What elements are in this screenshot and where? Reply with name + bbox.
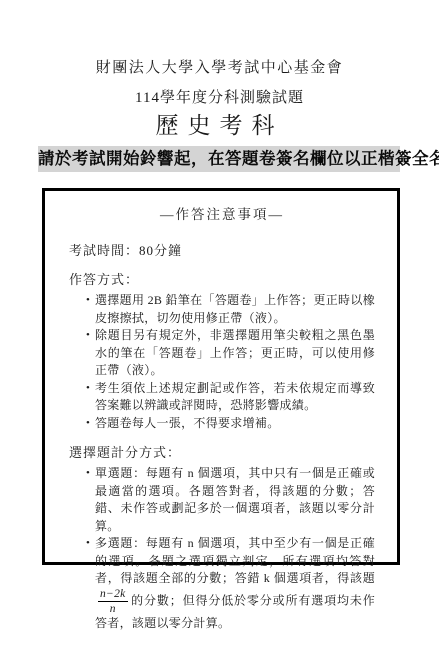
exam-name: 114學年度分科測驗試題 bbox=[0, 86, 439, 107]
rule-item-single-choice: 單選題：每題有 n 個選項，其中只有一個是正確或最適當的選項。各題答對者，得該題… bbox=[86, 465, 375, 535]
rule-item-one-sheet: 答題卷每人一張，不得要求增補。 bbox=[86, 415, 375, 433]
fraction-numerator: n−2k bbox=[98, 588, 128, 602]
scoring-rules: 單選題：每題有 n 個選項，其中只有一個是正確或最適當的選項。各題答對者，得該題… bbox=[69, 465, 375, 632]
answer-method-rules: 選擇題用 2B 鉛筆在「答題卷」上作答；更正時以橡皮擦擦拭，切勿使用修正帶（液）… bbox=[69, 292, 375, 432]
organization-title: 財團法人大學入學考試中心基金會 bbox=[0, 56, 439, 77]
notice-box: —作答注意事項— 考試時間：80分鐘 作答方式： 選擇題用 2B 鉛筆在「答題卷… bbox=[42, 188, 400, 565]
rule-item-multi-choice: 多選題：每題有 n 個選項，其中至少有一個是正確的選項。各題之選項獨立判定，所有… bbox=[86, 535, 375, 632]
exam-time: 考試時間：80分鐘 bbox=[69, 240, 375, 259]
rule-item-ink-pen: 除題目另有規定外，非選擇題用筆尖較粗之黑色墨水的筆在「答題卷」上作答；更正時，可… bbox=[86, 327, 375, 380]
answer-method-label: 作答方式： bbox=[69, 269, 375, 288]
scoring-label: 選擇題計分方式： bbox=[69, 442, 375, 461]
signature-instruction-banner: 請於考試開始鈴響起，在答題卷簽名欄位以正楷簽全名 bbox=[38, 146, 400, 172]
exam-cover-page: 財團法人大學入學考試中心基金會 114學年度分科測驗試題 歷史考科 請於考試開始… bbox=[0, 0, 439, 671]
subject-title: 歷史考科 bbox=[0, 107, 439, 140]
rule-item-compliance: 考生須依上述規定劃記或作答，若未依規定而導致答案難以辨識或評閱時，恐將影響成績。 bbox=[86, 380, 375, 415]
fraction-denominator: n bbox=[98, 602, 128, 615]
score-fraction: n−2kn bbox=[98, 588, 128, 615]
rule-item-pencil: 選擇題用 2B 鉛筆在「答題卷」上作答；更正時以橡皮擦擦拭，切勿使用修正帶（液）… bbox=[86, 292, 375, 327]
notice-title: —作答注意事項— bbox=[69, 203, 375, 223]
multi-choice-text-before: 多選題：每題有 n 個選項，其中至少有一個是正確的選項。各題之選項獨立判定，所有… bbox=[95, 536, 375, 585]
multi-choice-text-after: 的分數；但得分低於零分或所有選項均未作答者，該題以零分計算。 bbox=[95, 593, 375, 630]
